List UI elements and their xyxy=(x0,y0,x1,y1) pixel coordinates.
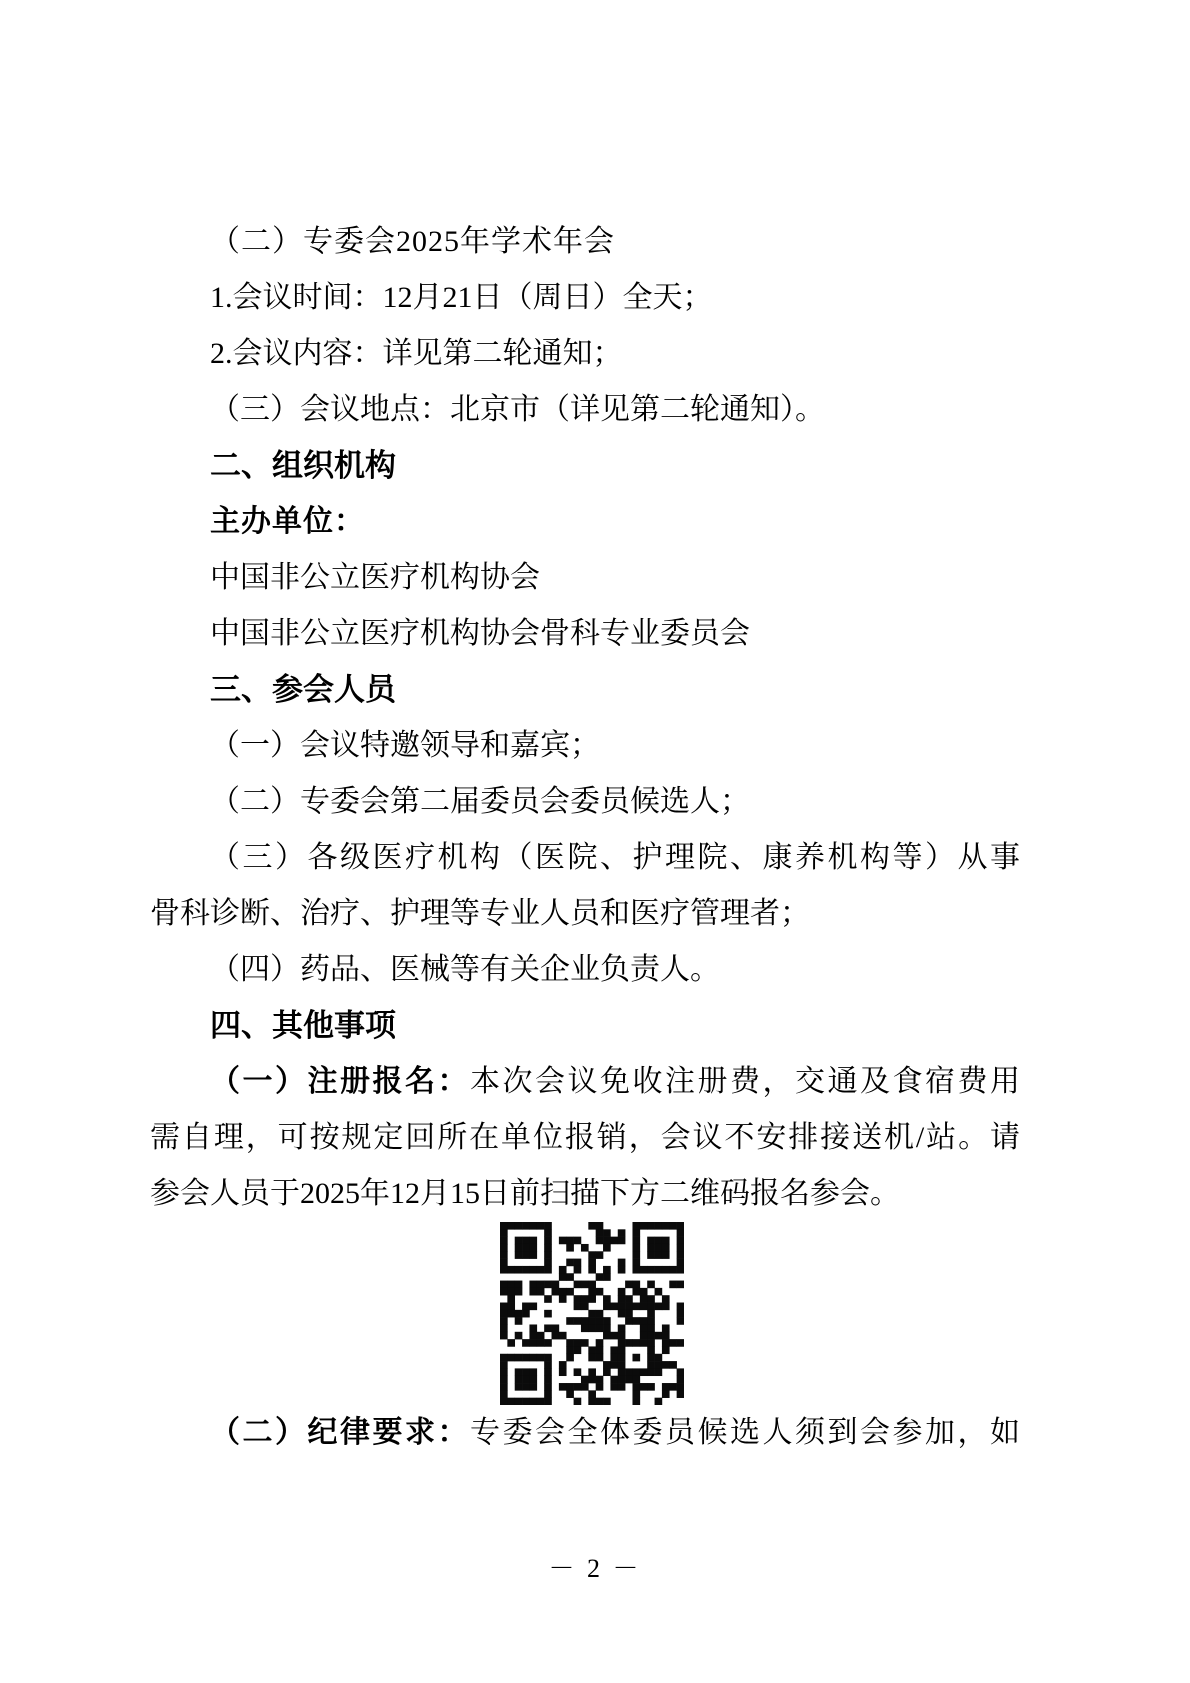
discipline-text: 专委会全体委员候选人须到会参加，如 xyxy=(470,1416,1020,1449)
line-host-2: 中国非公立医疗机构协会骨科专业委员会 xyxy=(150,606,1020,662)
line-participants-4: （四）药品、医械等有关企业负责人。 xyxy=(150,942,1020,998)
heading-other-matters: 四、其他事项 xyxy=(150,998,1020,1054)
document-page: （二）专委会2025年学术年会 1.会议时间：12月21日（周日）全天； 2.会… xyxy=(0,0,1190,1683)
heading-organization: 二、组织机构 xyxy=(150,438,1020,494)
document-body: （二）专委会2025年学术年会 1.会议时间：12月21日（周日）全天； 2.会… xyxy=(150,214,1020,1461)
line-meeting-time: 1.会议时间：12月21日（周日）全天； xyxy=(150,270,1020,326)
registration-text: 本次会议免收注册费，交通及食宿费用 xyxy=(470,1065,1020,1098)
line-participants-1: （一）会议特邀领导和嘉宾； xyxy=(150,718,1020,774)
line-host-1: 中国非公立医疗机构协会 xyxy=(150,550,1020,606)
line-registration-1: （一）注册报名：本次会议免收注册费，交通及食宿费用 xyxy=(150,1054,1020,1110)
line-host-label: 主办单位： xyxy=(150,494,1020,550)
discipline-label: （二）纪律要求： xyxy=(210,1416,470,1449)
line-meeting-location: （三）会议地点：北京市（详见第二轮通知）。 xyxy=(150,382,1020,438)
heading-participants: 三、参会人员 xyxy=(150,662,1020,718)
line-participants-2: （二）专委会第二届委员会委员候选人； xyxy=(150,774,1020,830)
registration-label: （一）注册报名： xyxy=(210,1065,470,1098)
page-number: － 2 － xyxy=(0,1548,1190,1585)
line-registration-2: 需自理，可按规定回所在单位报销，会议不安排接送机/站。请 xyxy=(150,1110,1020,1166)
line-participants-3a: （三）各级医疗机构（医院、护理院、康养机构等）从事 xyxy=(150,830,1020,886)
subheading-annual-meeting: （二）专委会2025年学术年会 xyxy=(150,214,1020,270)
line-registration-3: 参会人员于2025年12月15日前扫描下方二维码报名参会。 xyxy=(150,1166,1020,1222)
line-participants-3b: 骨科诊断、治疗、护理等专业人员和医疗管理者； xyxy=(150,886,1020,942)
line-discipline: （二）纪律要求：专委会全体委员候选人须到会参加，如 xyxy=(150,1405,1020,1461)
line-meeting-content: 2.会议内容：详见第二轮通知； xyxy=(150,326,1020,382)
registration-qr-code xyxy=(500,1222,684,1405)
